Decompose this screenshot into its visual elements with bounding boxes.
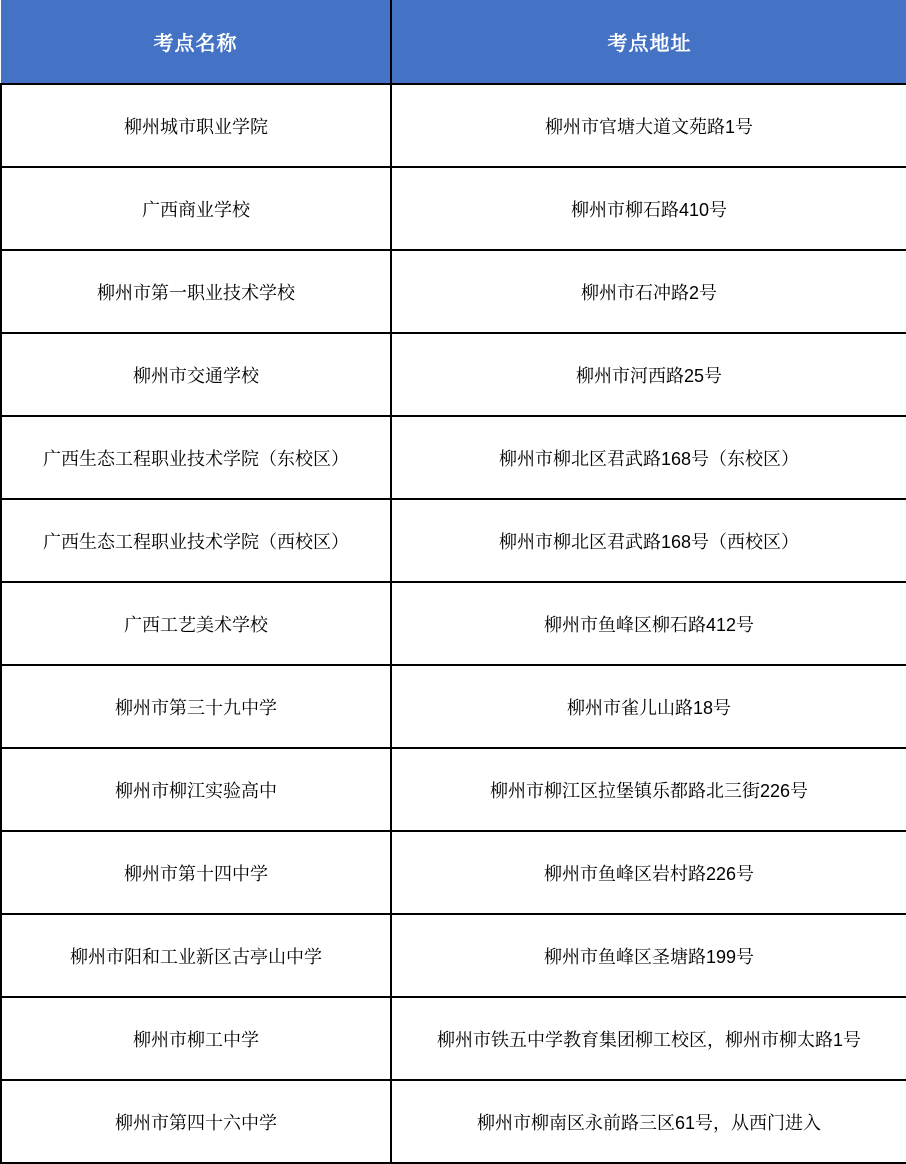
- site-name-cell: 柳州市柳江实验高中: [1, 748, 391, 831]
- site-address-cell: 柳州市柳北区君武路168号（西校区）: [391, 499, 906, 582]
- site-address-cell: 柳州市柳北区君武路168号（东校区）: [391, 416, 906, 499]
- table-row: 广西生态工程职业技术学院（西校区）柳州市柳北区君武路168号（西校区）: [1, 499, 906, 582]
- header-cell-site-name: 考点名称: [1, 0, 391, 84]
- table-row: 柳州市第三十九中学柳州市雀儿山路18号: [1, 665, 906, 748]
- site-name-cell: 广西生态工程职业技术学院（东校区）: [1, 416, 391, 499]
- table-row: 柳州城市职业学院柳州市官塘大道文苑路1号: [1, 84, 906, 167]
- table-row: 广西生态工程职业技术学院（东校区）柳州市柳北区君武路168号（东校区）: [1, 416, 906, 499]
- table-row: 广西工艺美术学校柳州市鱼峰区柳石路412号: [1, 582, 906, 665]
- site-name-cell: 柳州市交通学校: [1, 333, 391, 416]
- site-address-cell: 柳州市柳石路410号: [391, 167, 906, 250]
- site-address-cell: 柳州市鱼峰区岩村路226号: [391, 831, 906, 914]
- site-name-cell: 柳州市第三十九中学: [1, 665, 391, 748]
- site-address-cell: 柳州市官塘大道文苑路1号: [391, 84, 906, 167]
- site-address-cell: 柳州市雀儿山路18号: [391, 665, 906, 748]
- site-address-cell: 柳州市石冲路2号: [391, 250, 906, 333]
- site-name-cell: 柳州市柳工中学: [1, 997, 391, 1080]
- site-name-cell: 柳州市第十四中学: [1, 831, 391, 914]
- site-address-cell: 柳州市铁五中学教育集团柳工校区，柳州市柳太路1号: [391, 997, 906, 1080]
- table-row: 柳州市第一职业技术学校柳州市石冲路2号: [1, 250, 906, 333]
- site-name-cell: 广西生态工程职业技术学院（西校区）: [1, 499, 391, 582]
- site-address-cell: 柳州市鱼峰区柳石路412号: [391, 582, 906, 665]
- site-name-cell: 柳州城市职业学院: [1, 84, 391, 167]
- table-row: 广西商业学校柳州市柳石路410号: [1, 167, 906, 250]
- table-row: 柳州市第十四中学柳州市鱼峰区岩村路226号: [1, 831, 906, 914]
- table-header-row: 考点名称 考点地址: [1, 0, 906, 84]
- table-row: 柳州市交通学校柳州市河西路25号: [1, 333, 906, 416]
- site-address-cell: 柳州市河西路25号: [391, 333, 906, 416]
- site-address-cell: 柳州市柳南区永前路三区61号，从西门进入: [391, 1080, 906, 1163]
- table-row: 柳州市第四十六中学柳州市柳南区永前路三区61号，从西门进入: [1, 1080, 906, 1163]
- site-name-cell: 柳州市阳和工业新区古亭山中学: [1, 914, 391, 997]
- site-name-cell: 柳州市第四十六中学: [1, 1080, 391, 1163]
- site-address-cell: 柳州市鱼峰区圣塘路199号: [391, 914, 906, 997]
- site-name-cell: 广西商业学校: [1, 167, 391, 250]
- site-name-cell: 广西工艺美术学校: [1, 582, 391, 665]
- site-address-cell: 柳州市柳江区拉堡镇乐都路北三街226号: [391, 748, 906, 831]
- table-row: 柳州市柳江实验高中柳州市柳江区拉堡镇乐都路北三街226号: [1, 748, 906, 831]
- table-row: 柳州市阳和工业新区古亭山中学柳州市鱼峰区圣塘路199号: [1, 914, 906, 997]
- table-row: 柳州市柳工中学柳州市铁五中学教育集团柳工校区，柳州市柳太路1号: [1, 997, 906, 1080]
- header-cell-site-address: 考点地址: [391, 0, 906, 84]
- site-name-cell: 柳州市第一职业技术学校: [1, 250, 391, 333]
- table-body: 柳州城市职业学院柳州市官塘大道文苑路1号广西商业学校柳州市柳石路410号柳州市第…: [1, 84, 906, 1163]
- exam-sites-table: 考点名称 考点地址 柳州城市职业学院柳州市官塘大道文苑路1号广西商业学校柳州市柳…: [0, 0, 906, 1164]
